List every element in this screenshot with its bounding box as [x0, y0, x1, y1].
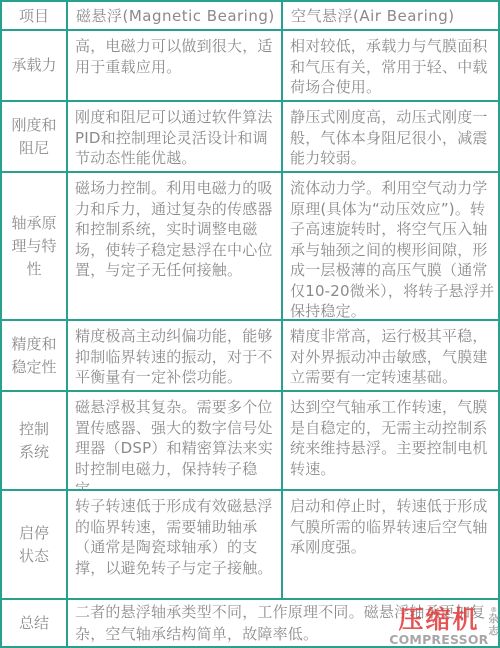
- row-label-bearing-principle: 轴承原 理与特 性: [2, 173, 66, 319]
- cell-principle-air: 流体动力学。利用空气动力学原理(具体为“动压效应”)。转子高速旋转时，将空气压入…: [283, 173, 498, 319]
- row-label-stiffness-damping: 刚度和 阻尼: [2, 102, 66, 171]
- cell-precision-magnetic: 精度极高主动纠偏功能，能够抑制临界转速的振动，对于不平衡量有一定补偿功能。: [68, 321, 281, 390]
- cell-stiffness-magnetic: 刚度和阻尼可以通过软件算法PID和控制理论灵活设计和调节动态性能优越。: [68, 102, 281, 171]
- header-magnetic-bearing-column: 磁悬浮(Magnetic Bearing): [68, 2, 281, 29]
- row-label-start-stop: 启停 状态: [2, 491, 66, 598]
- row-label-load-capacity: 承载力: [2, 31, 66, 100]
- comparison-table: 项目 磁悬浮(Magnetic Bearing) 空气悬浮(Air Bearin…: [0, 0, 500, 648]
- cell-precision-air: 精度非常高，运行极其平稳，对外界振动冲击敏感，气膜建立需要有一定转速基础。: [283, 321, 498, 390]
- cell-summary-text: 二者的悬浮轴承类型不同，工作原理不同。磁悬浮轴承更加复杂，空气轴承结构简单，故障…: [68, 600, 498, 646]
- cell-control-magnetic: 磁悬浮极其复杂。需要多个位置传感器、强大的数字信号处理器（DSP）和精密算法来实…: [68, 392, 281, 489]
- cell-start-stop-magnetic: 转子转速低于形成有效磁悬浮的临界转速，需要辅助轴承（通常是陶瓷球轴承）的支撑，以…: [68, 491, 281, 598]
- cell-stiffness-air: 静压式刚度高，动压式刚度一般，气体本身阻尼很小，减震能力较弱。: [283, 102, 498, 171]
- row-label-control-system: 控制 系统: [2, 392, 66, 489]
- article-table-page: 项目 磁悬浮(Magnetic Bearing) 空气悬浮(Air Bearin…: [0, 0, 500, 648]
- cell-load-capacity-air: 相对较低，承载力与气膜面积和气压有关，常用于轻、中载荷场合使用。: [283, 31, 498, 100]
- header-air-bearing-column: 空气悬浮(Air Bearing): [283, 2, 498, 29]
- row-label-precision-stability: 精度和 稳定性: [2, 321, 66, 390]
- header-item-column: 项目: [2, 2, 66, 29]
- cell-principle-magnetic: 磁场力控制。利用电磁力的吸力和斥力，通过复杂的传感器和控制系统，实时调整电磁场，…: [68, 173, 281, 319]
- cell-control-air: 达到空气轴承工作转速，气膜是自稳定的，无需主动控制系统来维持悬浮。主要控制电机转…: [283, 392, 498, 489]
- cell-load-capacity-magnetic: 高，电磁力可以做到很大，适用于重载应用。: [68, 31, 281, 100]
- cell-start-stop-air: 启动和停止时，转速低于形成气膜所需的临界转速后空气轴承刚度强。: [283, 491, 498, 598]
- row-label-summary: 总结: [2, 600, 66, 646]
